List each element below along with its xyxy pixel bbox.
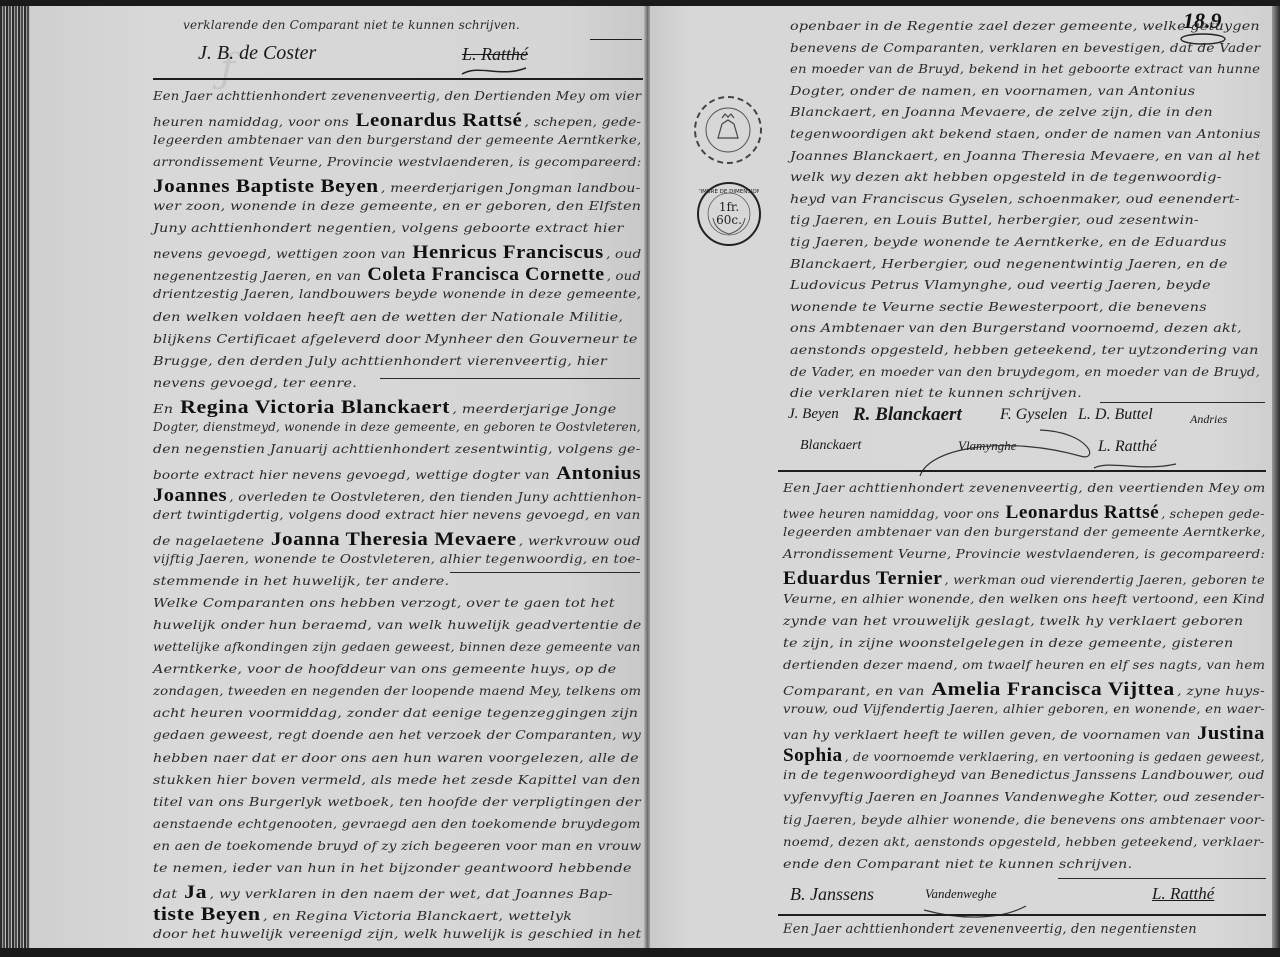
handwritten-line: dert twintigdertig, volgens dood extract…: [153, 507, 640, 522]
line-text: stemmende in het huwelijk, ter andere.: [153, 573, 449, 588]
line-text: , meerderjarigen Jongman landbou-: [381, 180, 641, 195]
handwritten-line: die verklaren niet te kunnen schrijven.: [790, 385, 1082, 400]
line-text: , zyne huys-: [1177, 683, 1265, 698]
person-name: tiste Beyen: [153, 904, 261, 925]
line-text: drientzestig Jaeren, landbouwers beyde w…: [153, 286, 641, 301]
document-scan: ƒ verklarende den Comparant niet te kunn…: [0, 0, 1280, 957]
handwritten-line: twee heuren namiddag, voor onsLeonardus …: [783, 502, 1265, 524]
svg-text:TIMBRE DE DIMENSION: TIMBRE DE DIMENSION: [699, 189, 759, 195]
line-text: in de tegenwoordigheyd van Benedictus Ja…: [783, 767, 1265, 782]
person-name: Joanna Theresia Mevaere: [271, 529, 517, 550]
line-text: wonende te Veurne sectie Bewesterpoort, …: [790, 299, 1207, 314]
handwritten-line: Aerntkerke, voor de hoofddeur van ons ge…: [153, 661, 616, 676]
handwritten-line: stukken hier boven vermeld, als mede het…: [153, 772, 641, 787]
signature-flourish-icon: [920, 900, 1030, 922]
line-text: , de voornoemde verklaering, en vertooni…: [845, 749, 1265, 764]
line-text: ende den Comparant niet te kunnen schrij…: [783, 856, 1132, 871]
handwritten-line: de nagelaeteneJoanna Theresia Mevaere, w…: [153, 529, 641, 551]
handwritten-line: wettelijke afkondingen zijn gedaen gewee…: [153, 639, 641, 654]
entry-separator-rule: [778, 470, 1266, 472]
line-text: Blanckaert, Herbergier, oud negenentwint…: [790, 256, 1228, 271]
line-text: openbaer in de Regentie zael dezer gemee…: [790, 18, 1260, 33]
line-text: acht heuren voormiddag, zonder dat eenig…: [153, 705, 638, 720]
handwritten-line: zondagen, tweeden en negenden der loopen…: [153, 683, 641, 698]
line-text: te zijn, in zijne woonstelgelegen in dez…: [783, 635, 1233, 650]
line-text: tegenwoordigen akt bekend staen, onder d…: [790, 126, 1261, 141]
handwritten-line: aenstonds opgesteld, hebben geteekend, t…: [790, 342, 1259, 357]
line-text: , overleden te Oostvleteren, den tienden…: [229, 489, 641, 504]
handwritten-line: wer zoon, wonende in deze gemeente, en e…: [153, 198, 641, 213]
line-text: Juny achttienhondert negentien, volgens …: [153, 220, 624, 235]
line-text: dertienden dezer maend, om twaelf heuren…: [783, 657, 1265, 672]
line-text: wer zoon, wonende in deze gemeente, en e…: [153, 198, 641, 213]
handwritten-line: Een Jaer achttienhondert zevenenveertig,…: [153, 88, 641, 103]
handwritten-line: hebben naer dat er door ons aen hun ware…: [153, 750, 639, 765]
line-text: , schepen, gede-: [525, 114, 642, 129]
line-text: huwelijk onder hun beraemd, van welk huw…: [153, 617, 642, 632]
line-text: , werkman oud vierendertig Jaeren, gebor…: [945, 572, 1265, 587]
line-text: Brugge, den derden July achttienhondert …: [153, 353, 607, 368]
line-text: boorte extract hier nevens gevoegd, wett…: [153, 467, 550, 482]
handwritten-line: en moeder van de Bruyd, bekend in het ge…: [790, 61, 1260, 76]
person-name: Coleta Francisca Cornette: [367, 264, 604, 285]
person-name: Joannes Baptiste Beyen: [153, 176, 379, 197]
line-text: twee heuren namiddag, voor ons: [783, 506, 999, 521]
handwritten-line: Blanckaert, Herbergier, oud negenentwint…: [790, 256, 1228, 271]
entry-separator-rule: [153, 78, 643, 80]
left-page: ƒ verklarende den Comparant niet te kunn…: [30, 6, 646, 948]
line-text: de nagelaetene: [153, 533, 264, 548]
line-text: en aen de toekomende bruyd of zy zich be…: [153, 838, 641, 853]
signature-gyselen: F. Gyselen: [1000, 406, 1067, 424]
line-text: hebben naer dat er door ons aen hun ware…: [153, 750, 639, 765]
handwritten-line: den negenstien Januarij achttienhondert …: [153, 441, 641, 456]
handwritten-line: en aen de toekomende bruyd of zy zich be…: [153, 838, 641, 853]
line-text: den welken voldaen heeft aen de wetten d…: [153, 309, 623, 324]
right-page-edge: [1272, 6, 1280, 948]
handwritten-line: openbaer in de Regentie zael dezer gemee…: [790, 18, 1260, 33]
handwritten-line: den welken voldaen heeft aen de wetten d…: [153, 309, 623, 324]
person-name: Eduardus Ternier: [783, 568, 942, 589]
handwritten-line: Dogter, onder de namen, en voornamen, va…: [790, 83, 1195, 98]
handwritten-line: in de tegenwoordigheyd van Benedictus Ja…: [783, 767, 1265, 782]
person-name: Ja: [184, 882, 207, 903]
handwritten-line: de Vader, en moeder van den bruydegom, e…: [790, 364, 1260, 379]
line-text: heyd van Franciscus Gyselen, schoenmaker…: [790, 191, 1240, 206]
handwritten-line: door het huwelijk vereenigd zijn, welk h…: [153, 926, 641, 941]
person-name: Regina Victoria Blanckaert: [180, 397, 450, 418]
handwritten-line: Juny achttienhondert negentien, volgens …: [153, 220, 624, 235]
handwritten-line: Eduardus Ternier, werkman oud vierendert…: [783, 568, 1265, 590]
line-text: Een Jaer achttienhondert zevenenveertig,…: [153, 88, 641, 103]
handwritten-line: benevens de Comparanten, verklaren en be…: [790, 40, 1260, 55]
line-text: nevens gevoegd, ter eenre.: [153, 375, 357, 390]
handwritten-line: EnRegina Victoria Blanckaert, meerderjar…: [153, 397, 616, 419]
handwritten-line: tegenwoordigen akt bekend staen, onder d…: [790, 126, 1261, 141]
line-text: welk wy dezen akt hebben opgesteld in de…: [790, 169, 1222, 184]
handwritten-line: heuren namiddag, voor onsLeonardus Ratts…: [153, 110, 641, 132]
handwritten-line: te zijn, in zijne woonstelgelegen in dez…: [783, 635, 1233, 650]
signature-de-coster: J. B. de Coster: [198, 42, 316, 65]
line-text: den negenstien Januarij achttienhondert …: [153, 441, 641, 456]
signature-beyen: J. Beyen: [788, 406, 839, 423]
line-text: vijftig Jaeren, wonende te Oostvleteren,…: [153, 551, 640, 566]
line-text: aenstaende echtgenooten, gevraegd aen de…: [153, 816, 641, 831]
handwritten-line: boorte extract hier nevens gevoegd, wett…: [153, 463, 641, 485]
next-entry-first-line: Een Jaer achttienhondert zevenenveertig,…: [783, 922, 1197, 937]
person-name: Sophia: [783, 745, 843, 766]
handwritten-line: huwelijk onder hun beraemd, van welk huw…: [153, 617, 642, 632]
handwritten-line: legeerden ambtenaer van den burgerstand …: [783, 524, 1265, 539]
person-name: Joannes: [153, 485, 227, 506]
line-text: Dogter, onder de namen, en voornamen, va…: [790, 83, 1195, 98]
handwritten-line: Dogter, dienstmeyd, wonende in deze geme…: [153, 419, 641, 434]
person-name: Henricus Franciscus: [412, 242, 603, 263]
person-name: Leonardus Rattsé: [356, 110, 523, 131]
handwritten-line: vrouw, oud Vijfendertig Jaeren, alhier g…: [783, 701, 1265, 716]
handwritten-line: tig Jaeren, beyde alhier wonende, die be…: [783, 812, 1265, 827]
line-text: en moeder van de Bruyd, bekend in het ge…: [790, 61, 1260, 76]
handwritten-line: nevens gevoegd, wettigen zoon vanHenricu…: [153, 242, 641, 264]
handwritten-line: tig Jaeren, en Louis Buttel, herbergier,…: [790, 212, 1199, 227]
person-name: Amelia Francisca Vijttea: [931, 679, 1174, 700]
person-name: Antonius: [556, 463, 641, 484]
line-text: wettelijke afkondingen zijn gedaen gewee…: [153, 639, 641, 654]
handwritten-line: drientzestig Jaeren, landbouwers beyde w…: [153, 286, 641, 301]
person-name: Justina: [1197, 723, 1265, 744]
handwritten-line: Brugge, den derden July achttienhondert …: [153, 353, 607, 368]
line-text: vrouw, oud Vijfendertig Jaeren, alhier g…: [783, 701, 1265, 716]
line-text: Een Jaer achttienhondert zevenenveertig,…: [783, 480, 1265, 495]
line-text: zynde van het vrouwelijk geslagt, twelk …: [783, 613, 1243, 628]
line-text: nevens gevoegd, wettigen zoon van: [153, 246, 406, 261]
handwritten-line: Joannes Baptiste Beyen, meerderjarigen J…: [153, 176, 641, 198]
paragraph-end-rule: [450, 572, 640, 573]
line-text: de Vader, en moeder van den bruydegom, e…: [790, 364, 1260, 379]
lion-crest-icon: [696, 98, 760, 162]
handwritten-line: wonende te Veurne sectie Bewesterpoort, …: [790, 299, 1207, 314]
entry-separator-rule: [778, 914, 1266, 916]
line-text: stukken hier boven vermeld, als mede het…: [153, 772, 641, 787]
handwritten-line: negenentzestig Jaeren, en vanColeta Fran…: [153, 264, 641, 286]
stamp-value-centimes: 60c.: [716, 214, 742, 227]
line-text: , wy verklaren in den naem der wet, dat …: [209, 886, 612, 901]
handwritten-line: noemd, dezen akt, aenstonds opgesteld, h…: [783, 834, 1264, 849]
handwritten-line: Veurne, en alhier wonende, den welken on…: [783, 591, 1265, 606]
handwritten-line: vyfenvyftig Jaeren en Joannes Vandenwegh…: [783, 789, 1265, 804]
handwritten-line: Joannes, overleden te Oostvleteren, den …: [153, 485, 642, 507]
line-text: Blanckaert, en Joanna Mevaere, de zelve …: [790, 104, 1213, 119]
line-text: dert twintigdertig, volgens dood extract…: [153, 507, 640, 522]
handwritten-line: welk wy dezen akt hebben opgesteld in de…: [790, 169, 1222, 184]
timbre-de-dimension-stamp: TIMBRE DE DIMENSION 1fr. 60c.: [697, 182, 761, 246]
line-text: Ludovicus Petrus Vlamynghe, oud veertig …: [790, 277, 1211, 292]
line-text: benevens de Comparanten, verklaren en be…: [790, 40, 1260, 55]
handwritten-line: zynde van het vrouwelijk geslagt, twelk …: [783, 613, 1243, 628]
line-text: Dogter, dienstmeyd, wonende in deze geme…: [153, 419, 641, 434]
line-text: Comparant, en van: [783, 683, 925, 698]
line-text: aenstonds opgesteld, hebben geteekend, t…: [790, 342, 1259, 357]
handwritten-line: Ludovicus Petrus Vlamynghe, oud veertig …: [790, 277, 1211, 292]
line-text: tig Jaeren, beyde wonende te Aerntkerke,…: [790, 234, 1227, 249]
handwritten-line: Blanckaert, en Joanna Mevaere, de zelve …: [790, 104, 1213, 119]
line-text: door het huwelijk vereenigd zijn, welk h…: [153, 926, 641, 941]
handwritten-line: dertienden dezer maend, om twaelf heuren…: [783, 657, 1265, 672]
handwritten-line: Welke Comparanten ons hebben verzogt, ov…: [153, 595, 615, 610]
line-text: vyfenvyftig Jaeren en Joannes Vandenwegh…: [783, 789, 1265, 804]
line-text: legeerden ambtenaer van den burgerstand …: [153, 132, 641, 147]
signature-janssens: B. Janssens: [790, 884, 874, 905]
handwritten-line: heyd van Franciscus Gyselen, schoenmaker…: [790, 191, 1240, 206]
handwritten-line: stemmende in het huwelijk, ter andere.: [153, 573, 449, 588]
handwritten-line: tig Jaeren, beyde wonende te Aerntkerke,…: [790, 234, 1227, 249]
line-text: gedaen geweest, regt doende aen het verz…: [153, 727, 641, 742]
line-text: En: [153, 401, 173, 416]
line-text: , oud: [606, 246, 641, 261]
line-text: Welke Comparanten ons hebben verzogt, ov…: [153, 595, 615, 610]
handwritten-line: Joannes Blanckaert, en Joanna Theresia M…: [790, 148, 1260, 163]
line-text: Joannes Blanckaert, en Joanna Theresia M…: [790, 148, 1260, 163]
line-text: Arrondissement Veurne, Provincie westvla…: [783, 546, 1265, 561]
line-text: noemd, dezen akt, aenstonds opgesteld, h…: [783, 834, 1264, 849]
signature-andries: Andries: [1190, 412, 1227, 427]
signature-blanckaert-bold: R. Blanckaert: [853, 404, 962, 426]
handwritten-line: datJa, wy verklaren in den naem der wet,…: [153, 882, 613, 904]
line-text: te nemen, ieder van hun in het bijzonder…: [153, 860, 632, 875]
header-rule: [590, 39, 642, 40]
line-text: heuren namiddag, voor ons: [153, 114, 349, 129]
line-text: tig Jaeren, en Louis Buttel, herbergier,…: [790, 212, 1199, 227]
handwritten-line: vijftig Jaeren, wonende te Oostvleteren,…: [153, 551, 640, 566]
signature-blanckaert: Blanckaert: [800, 438, 861, 454]
signature-ratthe: L. Ratthé: [1152, 884, 1214, 904]
handwritten-line: nevens gevoegd, ter eenre.: [153, 375, 357, 390]
stamp-value: 1fr. 60c.: [716, 201, 742, 227]
line-text: , meerderjarige Jonge: [452, 401, 616, 416]
handwritten-line: ende den Comparant niet te kunnen schrij…: [783, 856, 1132, 871]
person-name: Leonardus Rattsé: [1006, 502, 1160, 523]
paragraph-end-rule: [1058, 878, 1266, 879]
handwritten-line: titel van ons Burgerlyk wetboek, ten hoo…: [153, 794, 641, 809]
handwritten-line: ons Ambtenaer van den Burgerstand voorno…: [790, 320, 1242, 335]
embossed-seal-stamp: [694, 96, 762, 164]
right-page: 18.9 TIMBRE DE DIMENSION 1fr. 60c. openb…: [650, 6, 1272, 948]
line-text: legeerden ambtenaer van den burgerstand …: [783, 524, 1265, 539]
paragraph-end-rule: [1100, 402, 1265, 403]
handwritten-line: Arrondissement Veurne, Provincie westvla…: [783, 546, 1265, 561]
handwritten-line: aenstaende echtgenooten, gevraegd aen de…: [153, 816, 641, 831]
handwritten-line: acht heuren voormiddag, zonder dat eenig…: [153, 705, 638, 720]
line-text: zondagen, tweeden en negenden der loopen…: [153, 683, 641, 698]
handwritten-line: te nemen, ieder van hun in het bijzonder…: [153, 860, 632, 875]
handwritten-line: gedaen geweest, regt doende aen het verz…: [153, 727, 641, 742]
handwritten-line: legeerden ambtenaer van den burgerstand …: [153, 132, 641, 147]
paragraph-end-rule: [380, 378, 640, 379]
line-text: , werkvrouw oud: [519, 533, 641, 548]
line-text: blijkens Certificaet afgeleverd door Myn…: [153, 331, 638, 346]
signature-buttel: L. D. Buttel: [1078, 406, 1153, 424]
line-text: ons Ambtenaer van den Burgerstand voorno…: [790, 320, 1242, 335]
header-line: verklarende den Comparant niet te kunnen…: [183, 18, 520, 32]
line-text: , oud: [607, 268, 641, 283]
line-text: tig Jaeren, beyde alhier wonende, die be…: [783, 812, 1265, 827]
handwritten-line: blijkens Certificaet afgeleverd door Myn…: [153, 331, 638, 346]
line-text: van hy verklaert heeft te willen geven, …: [783, 727, 1191, 742]
line-text: arrondissement Veurne, Provincie westvla…: [153, 154, 641, 169]
handwritten-line: tiste Beyen, en Regina Victoria Blanckae…: [153, 904, 572, 926]
line-text: titel van ons Burgerlyk wetboek, ten hoo…: [153, 794, 641, 809]
line-text: Veurne, en alhier wonende, den welken on…: [783, 591, 1265, 606]
line-text: die verklaren niet te kunnen schrijven.: [790, 385, 1082, 400]
line-text: dat: [153, 886, 177, 901]
handwritten-line: arrondissement Veurne, Provincie westvla…: [153, 154, 641, 169]
handwritten-line: Sophia, de voornoemde verklaering, en ve…: [783, 745, 1265, 767]
handwritten-line: Een Jaer achttienhondert zevenenveertig,…: [783, 480, 1265, 495]
handwritten-line: Comparant, en vanAmelia Francisca Vijtte…: [783, 679, 1265, 701]
page-edges-stack: [0, 6, 32, 948]
line-text: , en Regina Victoria Blanckaert, wettely…: [263, 908, 572, 923]
line-text: negenentzestig Jaeren, en van: [153, 268, 361, 283]
handwritten-line: van hy verklaert heeft te willen geven, …: [783, 723, 1265, 745]
line-text: , schepen gede-: [1161, 506, 1264, 521]
line-text: Aerntkerke, voor de hoofddeur van ons ge…: [153, 661, 616, 676]
